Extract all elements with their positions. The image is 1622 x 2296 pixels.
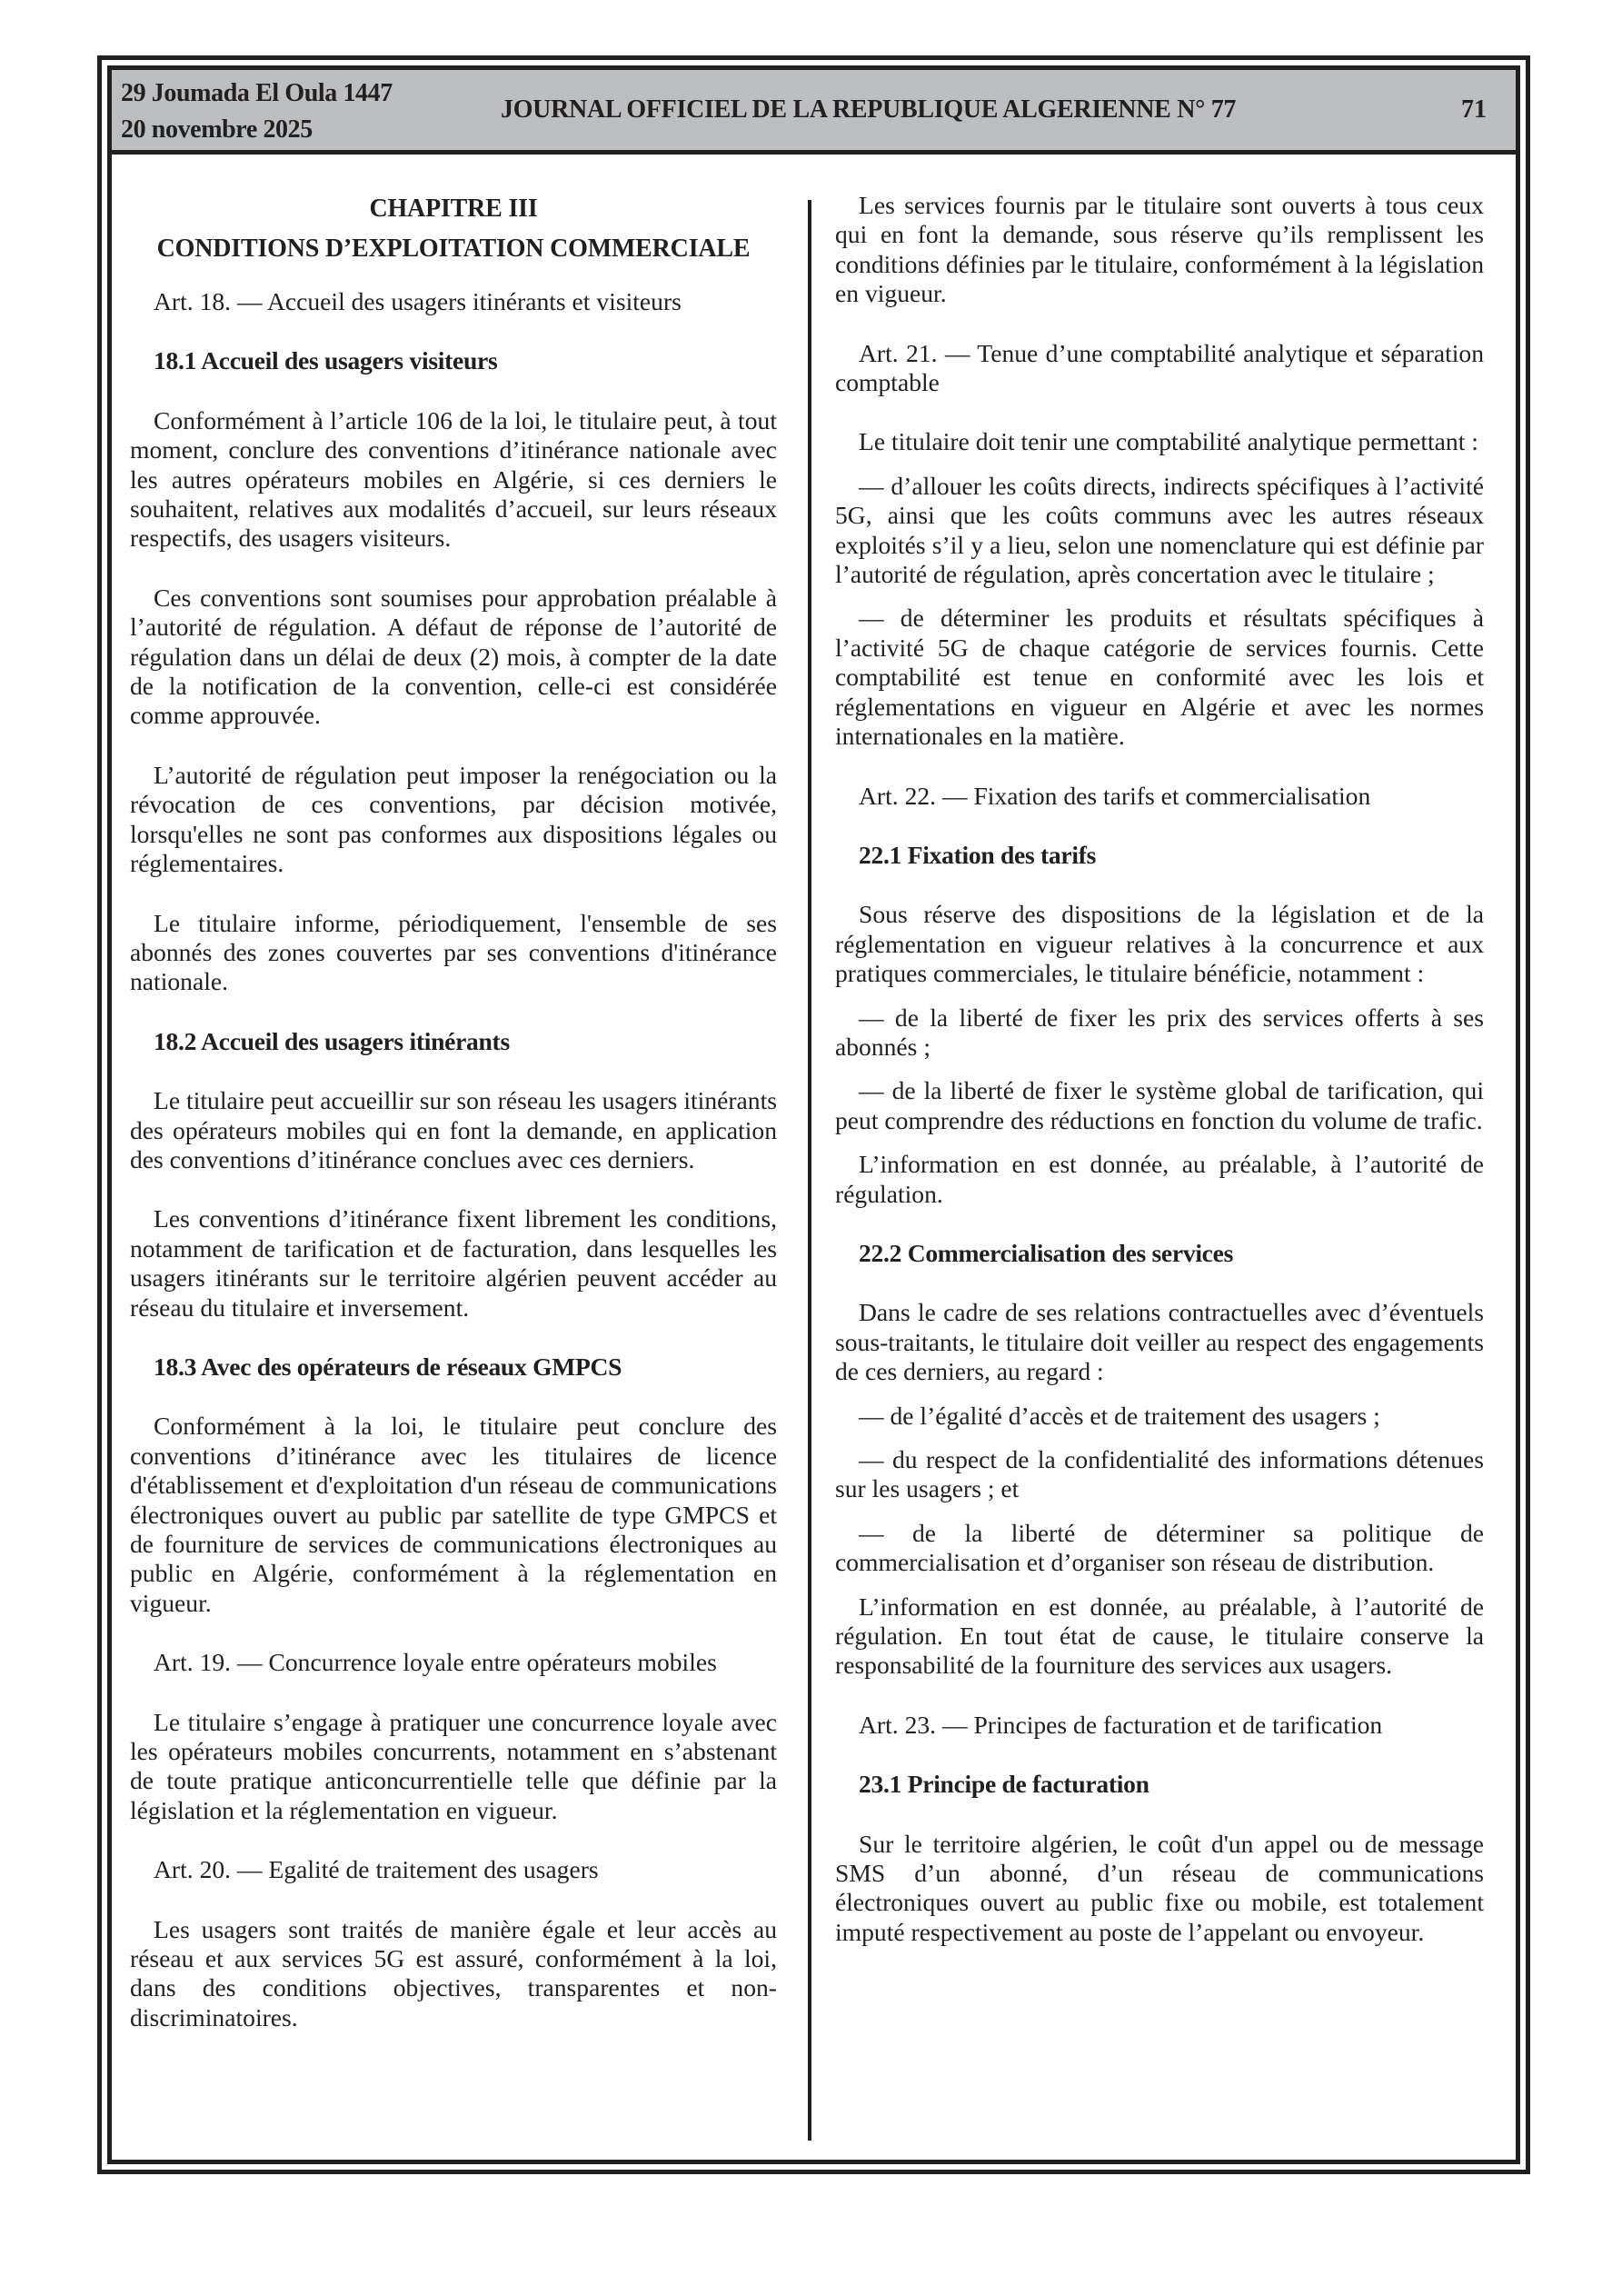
paragraph: Les services fournis par le titulaire so… — [835, 191, 1484, 309]
section-18-2-title: 18.2 Accueil des usagers itinérants — [130, 1027, 777, 1056]
right-column: Les services fournis par le titulaire so… — [835, 191, 1484, 1947]
paragraph: Les conventions d’itinérance fixent libr… — [130, 1204, 777, 1323]
paragraph: Sur le territoire algérien, le coût d'un… — [835, 1830, 1484, 1948]
article-18-title: Art. 18. — Accueil des usagers itinérant… — [130, 287, 777, 316]
date-gregorian: 20 novembre 2025 — [121, 112, 393, 148]
article-20-title: Art. 20. — Egalité de traitement des usa… — [130, 1855, 777, 1884]
date-hijri: 29 Joumada El Oula 1447 — [121, 75, 393, 112]
list-item: — de la liberté de fixer le système glob… — [835, 1076, 1484, 1135]
section-18-1-title: 18.1 Accueil des usagers visiteurs — [130, 346, 777, 375]
paragraph: L’information en est donnée, au préalabl… — [835, 1592, 1484, 1681]
list-item: — de la liberté de fixer les prix des se… — [835, 1003, 1484, 1063]
list-item: — du respect de la confidentialité des i… — [835, 1445, 1484, 1504]
article-19-title: Art. 19. — Concurrence loyale entre opér… — [130, 1648, 777, 1677]
paragraph: Le titulaire informe, périodiquement, l'… — [130, 909, 777, 997]
section-18-3-title: 18.3 Avec des opérateurs de réseaux GMPC… — [130, 1353, 777, 1382]
article-21-title: Art. 21. — Tenue d’une comptabilité anal… — [835, 339, 1484, 398]
column-divider — [808, 200, 811, 2141]
list-item: — d’allouer les coûts directs, indirects… — [835, 472, 1484, 590]
section-22-1-title: 22.1 Fixation des tarifs — [835, 841, 1484, 870]
list-item: — de l’égalité d’accès et de traitement … — [835, 1402, 1484, 1431]
paragraph: Sous réserve des dispositions de la légi… — [835, 900, 1484, 988]
paragraph: Les usagers sont traités de manière égal… — [130, 1915, 777, 2033]
paragraph: Le titulaire doit tenir une comptabilité… — [835, 427, 1484, 456]
paragraph: Dans le cadre de ses relations contractu… — [835, 1298, 1484, 1386]
paragraph: Le titulaire peut accueillir sur son rés… — [130, 1086, 777, 1174]
paragraph: L’autorité de régulation peut imposer la… — [130, 761, 777, 879]
paragraph: Conformément à la loi, le titulaire peut… — [130, 1412, 777, 1618]
list-item: — de déterminer les produits et résultat… — [835, 604, 1484, 751]
section-23-1-title: 23.1 Principe de facturation — [835, 1770, 1484, 1799]
page-number: 71 — [1461, 92, 1487, 128]
paragraph: Ces conventions sont soumises pour appro… — [130, 584, 777, 731]
section-22-2-title: 22.2 Commercialisation des services — [835, 1239, 1484, 1268]
paragraph: Conformément à l’article 106 de la loi, … — [130, 406, 777, 554]
paragraph: Le titulaire s’engage à pratiquer une co… — [130, 1708, 777, 1826]
journal-header: 29 Joumada El Oula 1447 20 novembre 2025… — [112, 70, 1516, 155]
journal-title: JOURNAL OFFICIEL DE LA REPUBLIQUE ALGERI… — [501, 92, 1236, 128]
left-column: CHAPITRE III CONDITIONS D’EXPLOITATION C… — [130, 193, 777, 2032]
paragraph: L’information en est donnée, au préalabl… — [835, 1150, 1484, 1209]
article-22-title: Art. 22. — Fixation des tarifs et commer… — [835, 782, 1484, 811]
list-item: — de la liberté de déterminer sa politiq… — [835, 1519, 1484, 1578]
article-23-title: Art. 23. — Principes de facturation et d… — [835, 1711, 1484, 1740]
header-dates: 29 Joumada El Oula 1447 20 novembre 2025 — [121, 75, 393, 148]
chapter-title: CONDITIONS D’EXPLOITATION COMMERCIALE — [130, 233, 777, 265]
chapter-number: CHAPITRE III — [130, 193, 777, 225]
